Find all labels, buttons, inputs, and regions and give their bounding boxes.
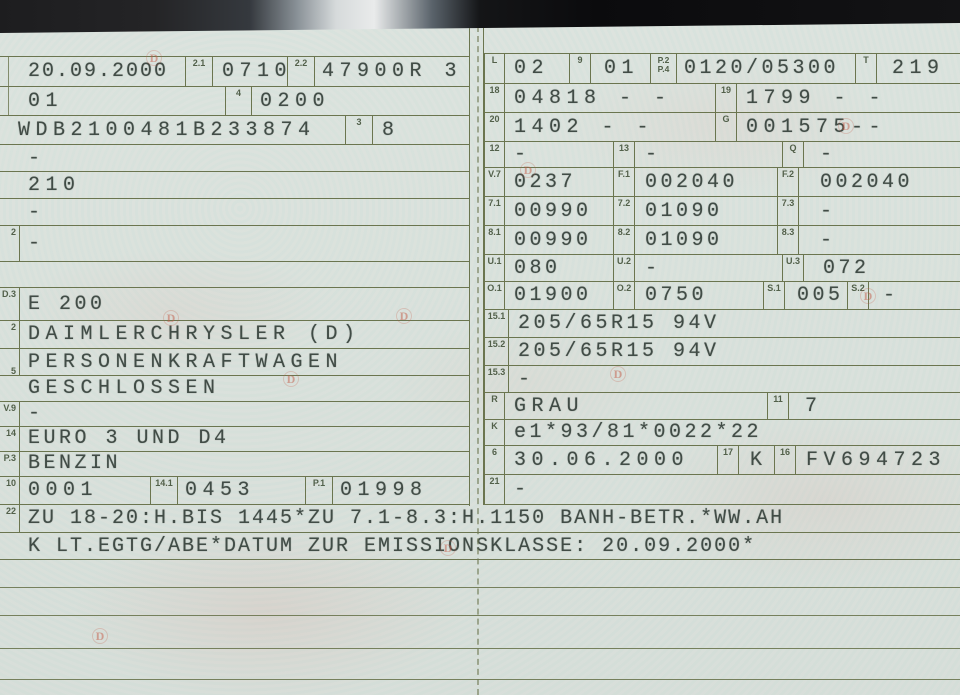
table-row: 5 PERSONENKRAFTWAGEN: [0, 349, 470, 376]
field-o2-label: O.2: [613, 282, 635, 309]
table-row: 2 -: [0, 226, 470, 262]
photo-of-registration-document: { "left": { "r1": {"v1":"20.09.2000","l2…: [0, 0, 960, 695]
vehicle-length: 04818 - -: [514, 89, 672, 109]
field-p4-label: P.4: [658, 64, 670, 74]
security-watermark-d: D: [146, 50, 162, 66]
axle-load-7-3: -: [820, 202, 834, 222]
vehicle-width: 1799 - -: [746, 89, 886, 109]
body-code: 0200: [260, 92, 330, 112]
table-row: 01 4 0200: [0, 87, 470, 116]
ruled-line: [0, 615, 960, 616]
field-q-value: -: [820, 145, 834, 165]
table-row: 7.1 00990 7.2 01090 7.3 -: [484, 197, 960, 226]
approval-date: 30.06.2000: [514, 451, 689, 471]
field-g-label: G: [715, 113, 737, 141]
table-row: 22 ZU 18-20:H.BIS 1445*ZU 7.1-8.3:H.1150…: [0, 505, 960, 533]
tsn-type-key: 47900R 3: [322, 62, 462, 82]
tires-axle-1: 205/65R15 94V: [518, 314, 720, 334]
field-u2-value: -: [645, 259, 659, 279]
field-u2-label: U.2: [613, 255, 635, 281]
field-t-label: T: [855, 54, 877, 83]
noise-driveby: 072: [823, 259, 870, 279]
top-speed: 219: [892, 59, 945, 79]
table-row: P.3 BENZIN: [0, 452, 470, 477]
trailer-load-braked: 01900: [514, 286, 592, 306]
field-v9-label: V.9: [0, 402, 20, 426]
emission-class: EURO 3 UND D4: [28, 429, 230, 449]
table-row: K LT.EGTG/ABE*DATUM ZUR EMISSIONSKLASSE:…: [0, 533, 960, 560]
field-s2-value: -: [883, 286, 897, 306]
field-7-2-label: 7.2: [613, 197, 635, 225]
field-2-edge-label: 2: [0, 226, 20, 261]
field-21-value: -: [514, 480, 528, 500]
remarks-line-2: K LT.EGTG/ABE*DATUM ZUR EMISSIONSKLASSE:…: [28, 537, 756, 557]
issue-date: 20.09.2000: [28, 62, 168, 82]
field-15-1-label: 15.1: [484, 310, 509, 337]
power-and-rpm: 0120/05300: [684, 59, 839, 79]
table-row: 20.09.2000 2.1 0710 2.2 47900R 3: [0, 56, 470, 87]
table-row: WDB2100481B233874 3 8: [0, 116, 470, 145]
field-13-value: -: [645, 145, 659, 165]
field-10-value: 0001: [28, 481, 98, 501]
security-watermark-d: D: [440, 540, 456, 556]
field-8-1-label: 8.1: [484, 226, 505, 254]
column-divider-left-line: [469, 26, 470, 506]
field-11-label: 11: [767, 393, 789, 419]
field-p3-label: P.3: [0, 452, 20, 476]
table-row: 12 - 13 - Q -: [484, 142, 960, 168]
field-14-1-label: 14.1: [150, 477, 178, 504]
field-15-3-label: 15.3: [484, 366, 509, 392]
field-7-1-label: 7.1: [484, 197, 505, 225]
table-row: U.1 080 U.2 - U.3 072: [484, 255, 960, 282]
table-row: 18 04818 - - 19 1799 - -: [484, 84, 960, 113]
field-20-label: 20: [484, 113, 505, 141]
noise-stationary: 080: [514, 259, 561, 279]
type-approval-number: e1*93/81*0022*22: [514, 423, 762, 443]
vehicle-color: GRAU: [514, 397, 584, 417]
security-watermark-d: D: [610, 366, 626, 382]
table-row: GESCHLOSSEN: [0, 376, 470, 402]
axle-load-8-1: 00990: [514, 231, 592, 251]
field-7-3-label: 7.3: [777, 197, 799, 225]
table-row: -: [0, 145, 470, 172]
field-u1-label: U.1: [484, 255, 505, 281]
table-row: 2 DAIMLERCHRYSLER (D): [0, 321, 470, 349]
field-15-2-label: 15.2: [484, 338, 509, 365]
field-r-label: R: [484, 393, 505, 419]
security-watermark-d: D: [396, 308, 412, 324]
field-f2-label: F.2: [777, 168, 799, 196]
field-15-3-value: -: [518, 370, 532, 390]
field-4-label: 4: [225, 87, 252, 115]
trailer-load-unbraked: 0750: [645, 286, 707, 306]
field-9-label: 9: [569, 54, 591, 83]
field-dash-2: -: [28, 203, 42, 223]
engine-displacement: 01998: [340, 481, 428, 501]
table-row: 210: [0, 172, 470, 199]
security-watermark-d: D: [520, 162, 536, 178]
table-row: 15.1 205/65R15 94V: [484, 310, 960, 338]
axle-load-8-2: 01090: [645, 231, 723, 251]
field-14-1-value: 0453: [185, 481, 255, 501]
field-3-label: 3: [345, 116, 373, 144]
vehicle-height: 1402 - -: [514, 118, 654, 138]
field-10-label: 10: [0, 477, 20, 504]
field-8-2-label: 8.2: [613, 226, 635, 254]
field-dash-3: -: [28, 234, 42, 254]
vehicle-class: PERSONENKRAFTWAGEN: [28, 353, 343, 373]
tires-axle-2: 205/65R15 94V: [518, 342, 720, 362]
gross-weight-f2: 002040: [820, 173, 913, 193]
axle-load-7-1: 00990: [514, 202, 592, 222]
table-row: 14 EURO 3 UND D4: [0, 427, 470, 452]
table-row: R GRAU 11 7: [484, 393, 960, 420]
remarks-line-1: ZU 18-20:H.BIS 1445*ZU 7.1-8.3:H.1150 BA…: [28, 509, 784, 529]
security-watermark-d: D: [283, 371, 299, 387]
seat-count: 005: [797, 286, 844, 306]
table-row: -: [0, 199, 470, 226]
field-v7-label: V.7: [484, 168, 505, 196]
field-dash-1: -: [28, 149, 42, 169]
column-divider-dashed-line: [477, 26, 479, 695]
table-row: 10 0001 14.1 0453 P.1 01998: [0, 477, 470, 505]
field-8-3-label: 8.3: [777, 226, 799, 254]
trade-name: E 200: [28, 295, 106, 315]
security-watermark-d: D: [163, 310, 179, 326]
table-row: 8.1 00990 8.2 01090 8.3 -: [484, 226, 960, 255]
field-6-label: 6: [484, 446, 505, 474]
field-16-label: 16: [774, 446, 796, 474]
axle-load-8-3: -: [820, 231, 834, 251]
table-row-empty: [0, 262, 470, 288]
field-17-value: K: [750, 451, 764, 471]
document-number: FV694723: [806, 451, 946, 471]
table-row: 15.3 -: [484, 366, 960, 393]
field-q-label: Q: [782, 142, 804, 167]
table-row: V.7 0237 F.1 002040 F.2 002040: [484, 168, 960, 197]
field-17-label: 17: [717, 446, 739, 474]
type-number: 210: [28, 176, 81, 196]
field-18-label: 18: [484, 84, 505, 112]
vin: WDB2100481B233874: [18, 121, 316, 141]
field-19-label: 19: [715, 84, 737, 112]
ruled-line: [0, 587, 960, 588]
field-2-2-label: 2.2: [287, 57, 315, 86]
field-9-value: 01: [604, 59, 639, 79]
field-u3-label: U.3: [782, 255, 804, 281]
security-watermark-d: D: [860, 288, 876, 304]
table-row: 6 30.06.2000 17 K 16 FV694723: [484, 446, 960, 475]
gross-weight-f1: 002040: [645, 173, 738, 193]
check-digit: 8: [382, 121, 400, 141]
field-d3-label: D.3: [0, 288, 20, 320]
security-watermark-d: D: [92, 628, 108, 644]
field-f1-label: F.1: [613, 168, 635, 196]
field-p1-label: P.1: [305, 477, 333, 504]
field-12-label: 12: [484, 142, 505, 167]
table-row: 20 1402 - - G 001575--: [484, 113, 960, 142]
field-22-label: 22: [0, 505, 20, 532]
field-2-manufacturer-label: 2: [0, 321, 20, 348]
field-21-label: 21: [484, 475, 505, 504]
field-13-label: 13: [613, 142, 635, 167]
axle-count: 02: [514, 59, 549, 79]
ruled-line: [0, 648, 960, 649]
field-p2-p4-label: P.2P.4: [650, 54, 677, 83]
ruled-line: [0, 679, 960, 680]
registration-document-paper: 20.09.2000 2.1 0710 2.2 47900R 3 01 4 02…: [0, 0, 960, 695]
field-k-label: K: [484, 420, 505, 445]
field-01-value: 01: [28, 92, 63, 112]
table-row: O.1 01900 O.2 0750 S.1 005 S.2 -: [484, 282, 960, 310]
column-divider-right-line: [483, 24, 484, 505]
security-watermark-d: D: [838, 118, 854, 134]
field-14-label: 14: [0, 427, 20, 451]
table-row: K e1*93/81*0022*22: [484, 420, 960, 446]
hsn-manufacturer-key: 0710: [222, 62, 292, 82]
fuel-type: BENZIN: [28, 454, 121, 474]
table-row: 21 -: [484, 475, 960, 505]
axle-load-7-2: 01090: [645, 202, 723, 222]
manufacturer: DAIMLERCHRYSLER (D): [28, 325, 361, 345]
field-l-label: L: [484, 54, 505, 83]
body-type: GESCHLOSSEN: [28, 379, 221, 399]
table-row: 15.2 205/65R15 94V: [484, 338, 960, 366]
table-row: V.9 -: [0, 402, 470, 427]
field-s1-label: S.1: [763, 282, 785, 309]
curb-weight: 001575--: [746, 118, 886, 138]
field-v9-value: -: [28, 404, 42, 424]
field-2-1-label: 2.1: [185, 57, 213, 86]
field-5-label: 5: [0, 349, 20, 375]
left-edge-line: [8, 56, 9, 116]
field-o1-label: O.1: [484, 282, 505, 309]
table-row: L 02 9 01 P.2P.4 0120/05300 T 219: [484, 53, 960, 84]
field-11-value: 7: [805, 397, 823, 417]
